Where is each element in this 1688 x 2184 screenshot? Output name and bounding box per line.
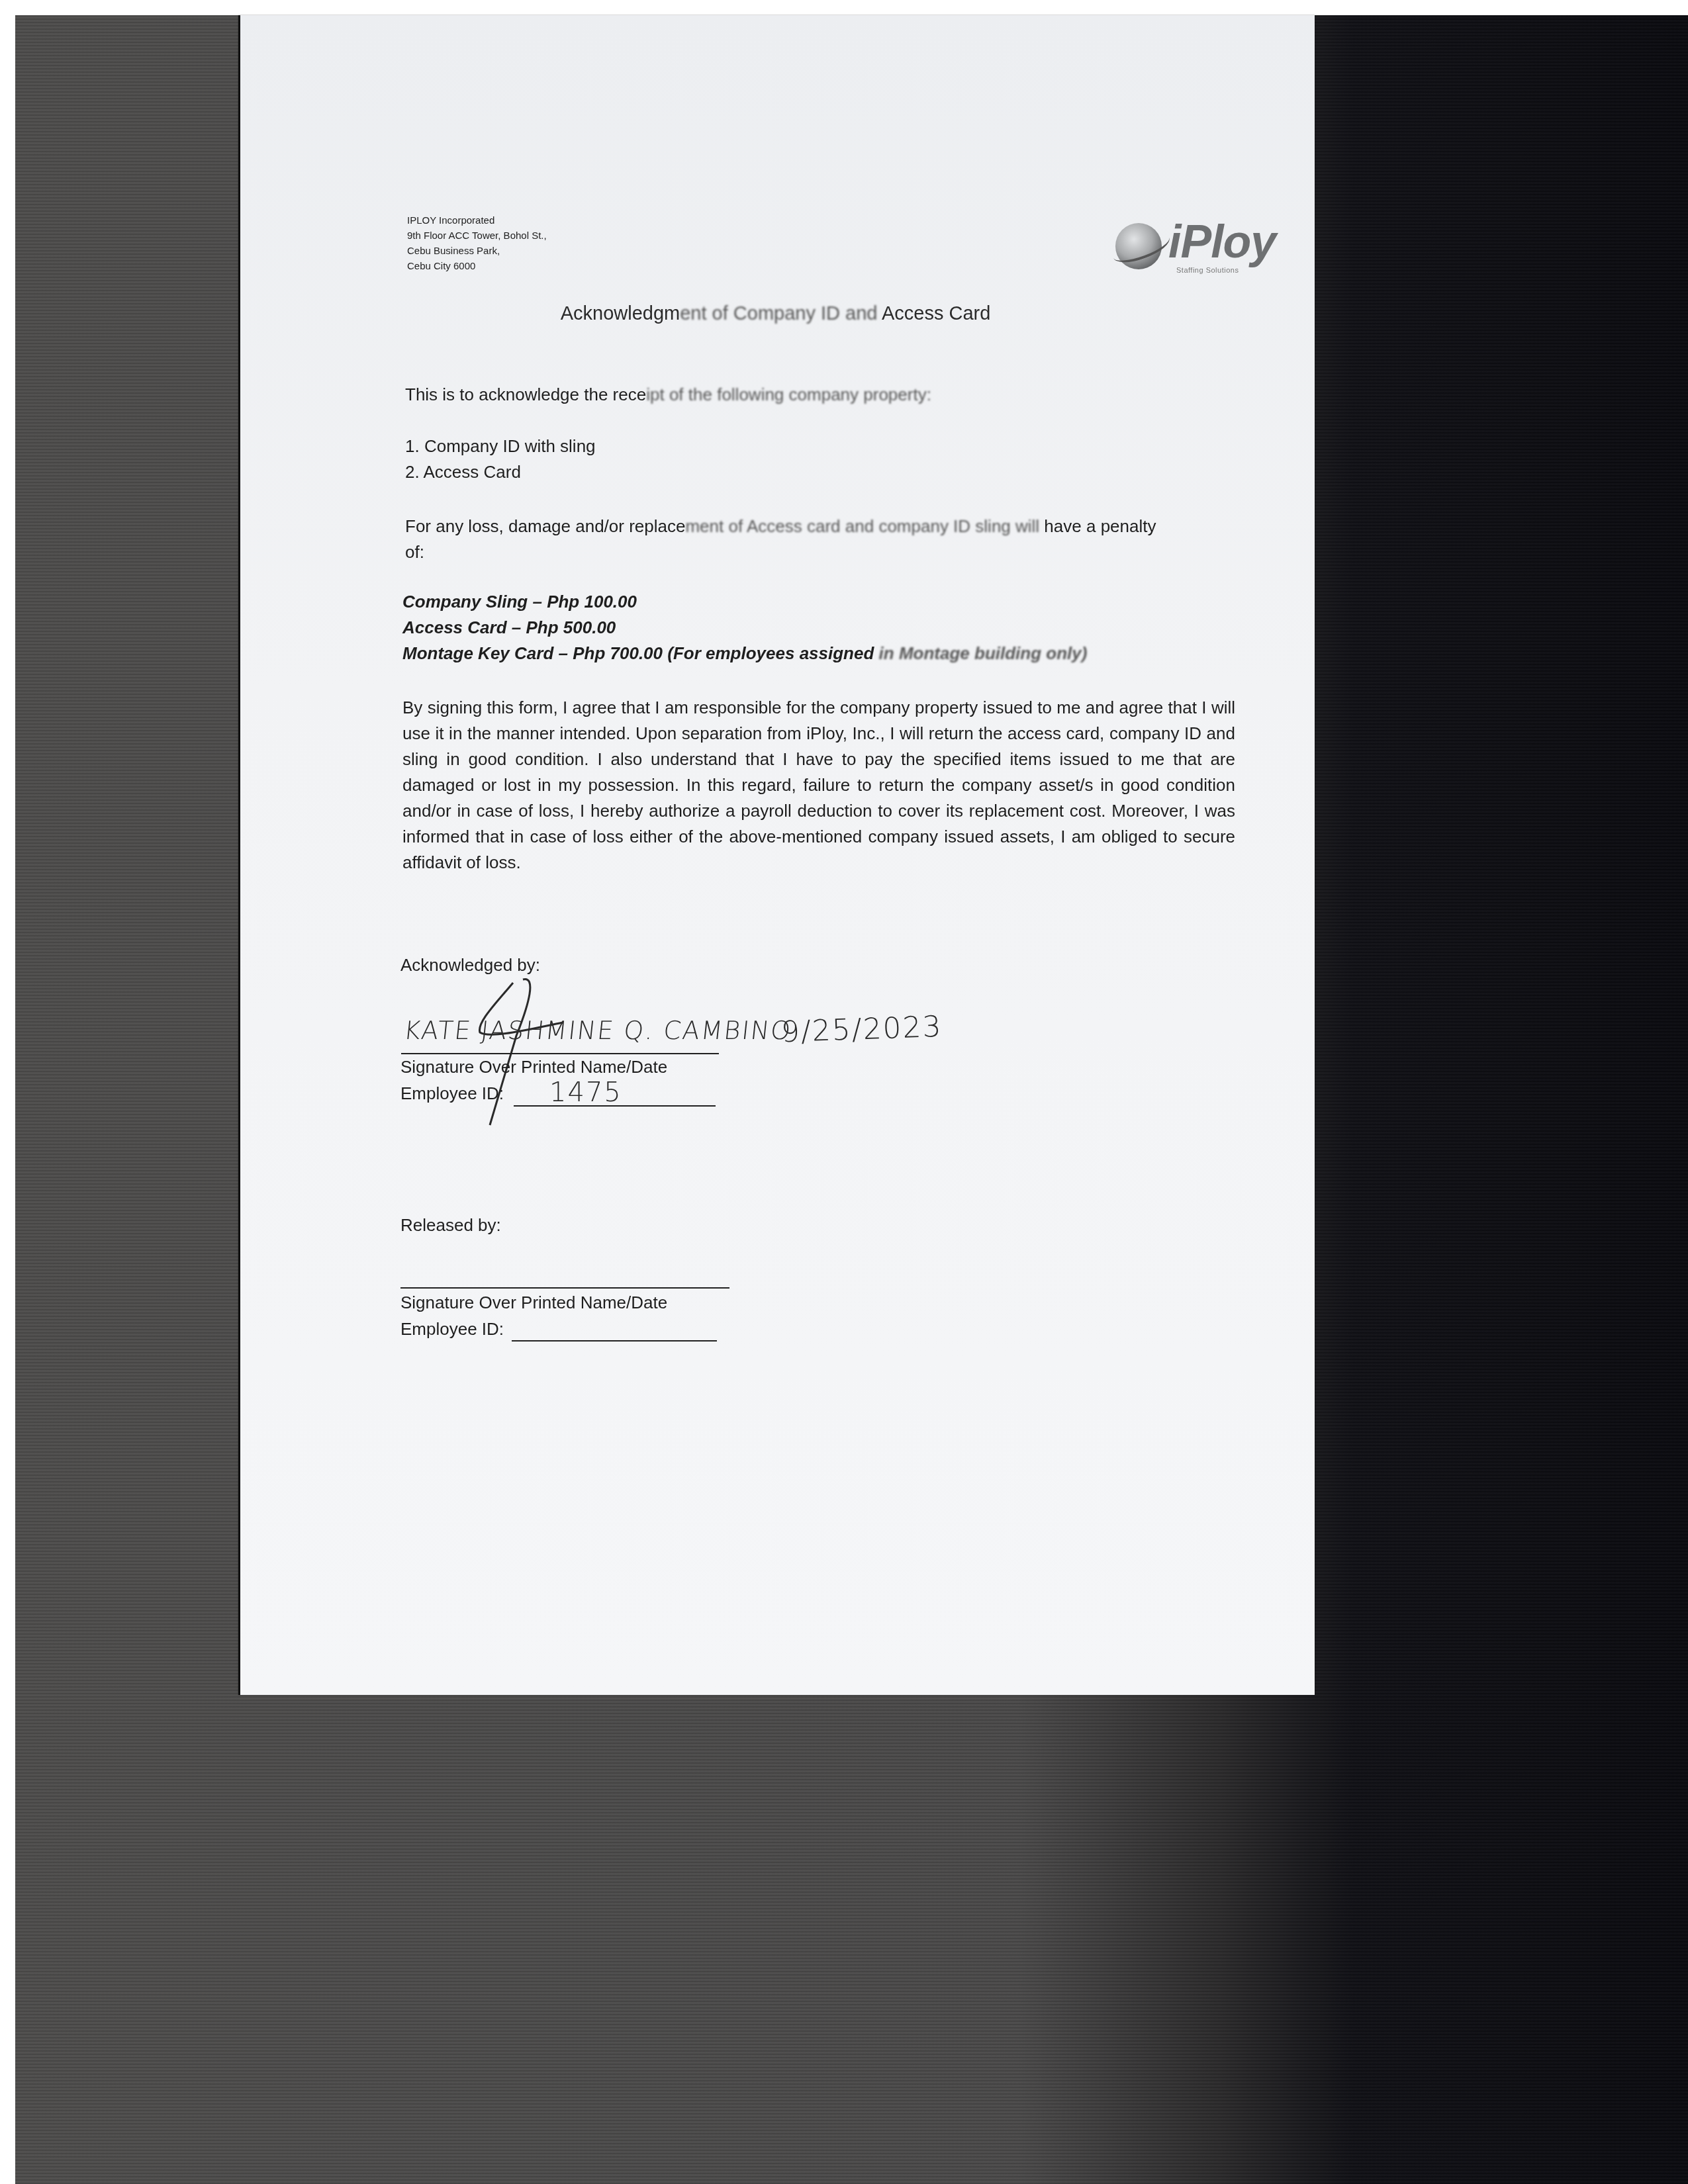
released-employee-id-line bbox=[512, 1340, 717, 1342]
signature-line bbox=[401, 1053, 719, 1054]
handwritten-name: KATE JASHMINE Q. CAMBINO bbox=[402, 1016, 794, 1045]
agreement-paragraph: By signing this form, I agree that I am … bbox=[402, 695, 1235, 876]
handwritten-employee-id: 1475 bbox=[549, 1077, 622, 1108]
released-signature-line bbox=[400, 1287, 729, 1289]
penalty-item: Montage Key Card – Php 700.00 (For emplo… bbox=[402, 641, 1087, 666]
logo-tagline: Staffing Solutions bbox=[1176, 267, 1239, 275]
document-title: Acknowledgment of Company ID and Access … bbox=[238, 303, 1313, 325]
address-line: IPLOY Incorporated bbox=[407, 213, 547, 228]
penalty-intro: For any loss, damage and/or replacement … bbox=[405, 514, 1233, 565]
logo-brand: iPloy bbox=[1168, 215, 1276, 268]
list-item: 1. Company ID with sling bbox=[405, 433, 596, 459]
signature-caption: Signature Over Printed Name/Date bbox=[400, 1057, 667, 1077]
penalty-list: Company Sling – Php 100.00 Access Card –… bbox=[402, 589, 1087, 666]
list-item: 2. Access Card bbox=[405, 459, 596, 485]
handwritten-date: 9/25/2023 bbox=[780, 1010, 943, 1049]
released-signature-caption: Signature Over Printed Name/Date bbox=[400, 1293, 667, 1313]
address-line: Cebu Business Park, bbox=[407, 244, 547, 259]
address-line: 9th Floor ACC Tower, Bohol St., bbox=[407, 228, 547, 244]
employee-id-label: Employee ID: bbox=[400, 1083, 504, 1104]
released-by-label: Released by: bbox=[400, 1215, 501, 1236]
penalty-item: Company Sling – Php 100.00 bbox=[402, 589, 1087, 615]
company-address: IPLOY Incorporated 9th Floor ACC Tower, … bbox=[407, 213, 547, 274]
property-list: 1. Company ID with sling 2. Access Card bbox=[405, 433, 596, 485]
company-logo: iPloy Staffing Solutions bbox=[1115, 215, 1288, 278]
penalty-item: Access Card – Php 500.00 bbox=[402, 615, 1087, 641]
acknowledged-by-label: Acknowledged by: bbox=[400, 955, 540, 976]
intro-text: This is to acknowledge the receipt of th… bbox=[405, 382, 931, 408]
address-line: Cebu City 6000 bbox=[407, 259, 547, 274]
released-employee-id-label: Employee ID: bbox=[400, 1319, 504, 1340]
